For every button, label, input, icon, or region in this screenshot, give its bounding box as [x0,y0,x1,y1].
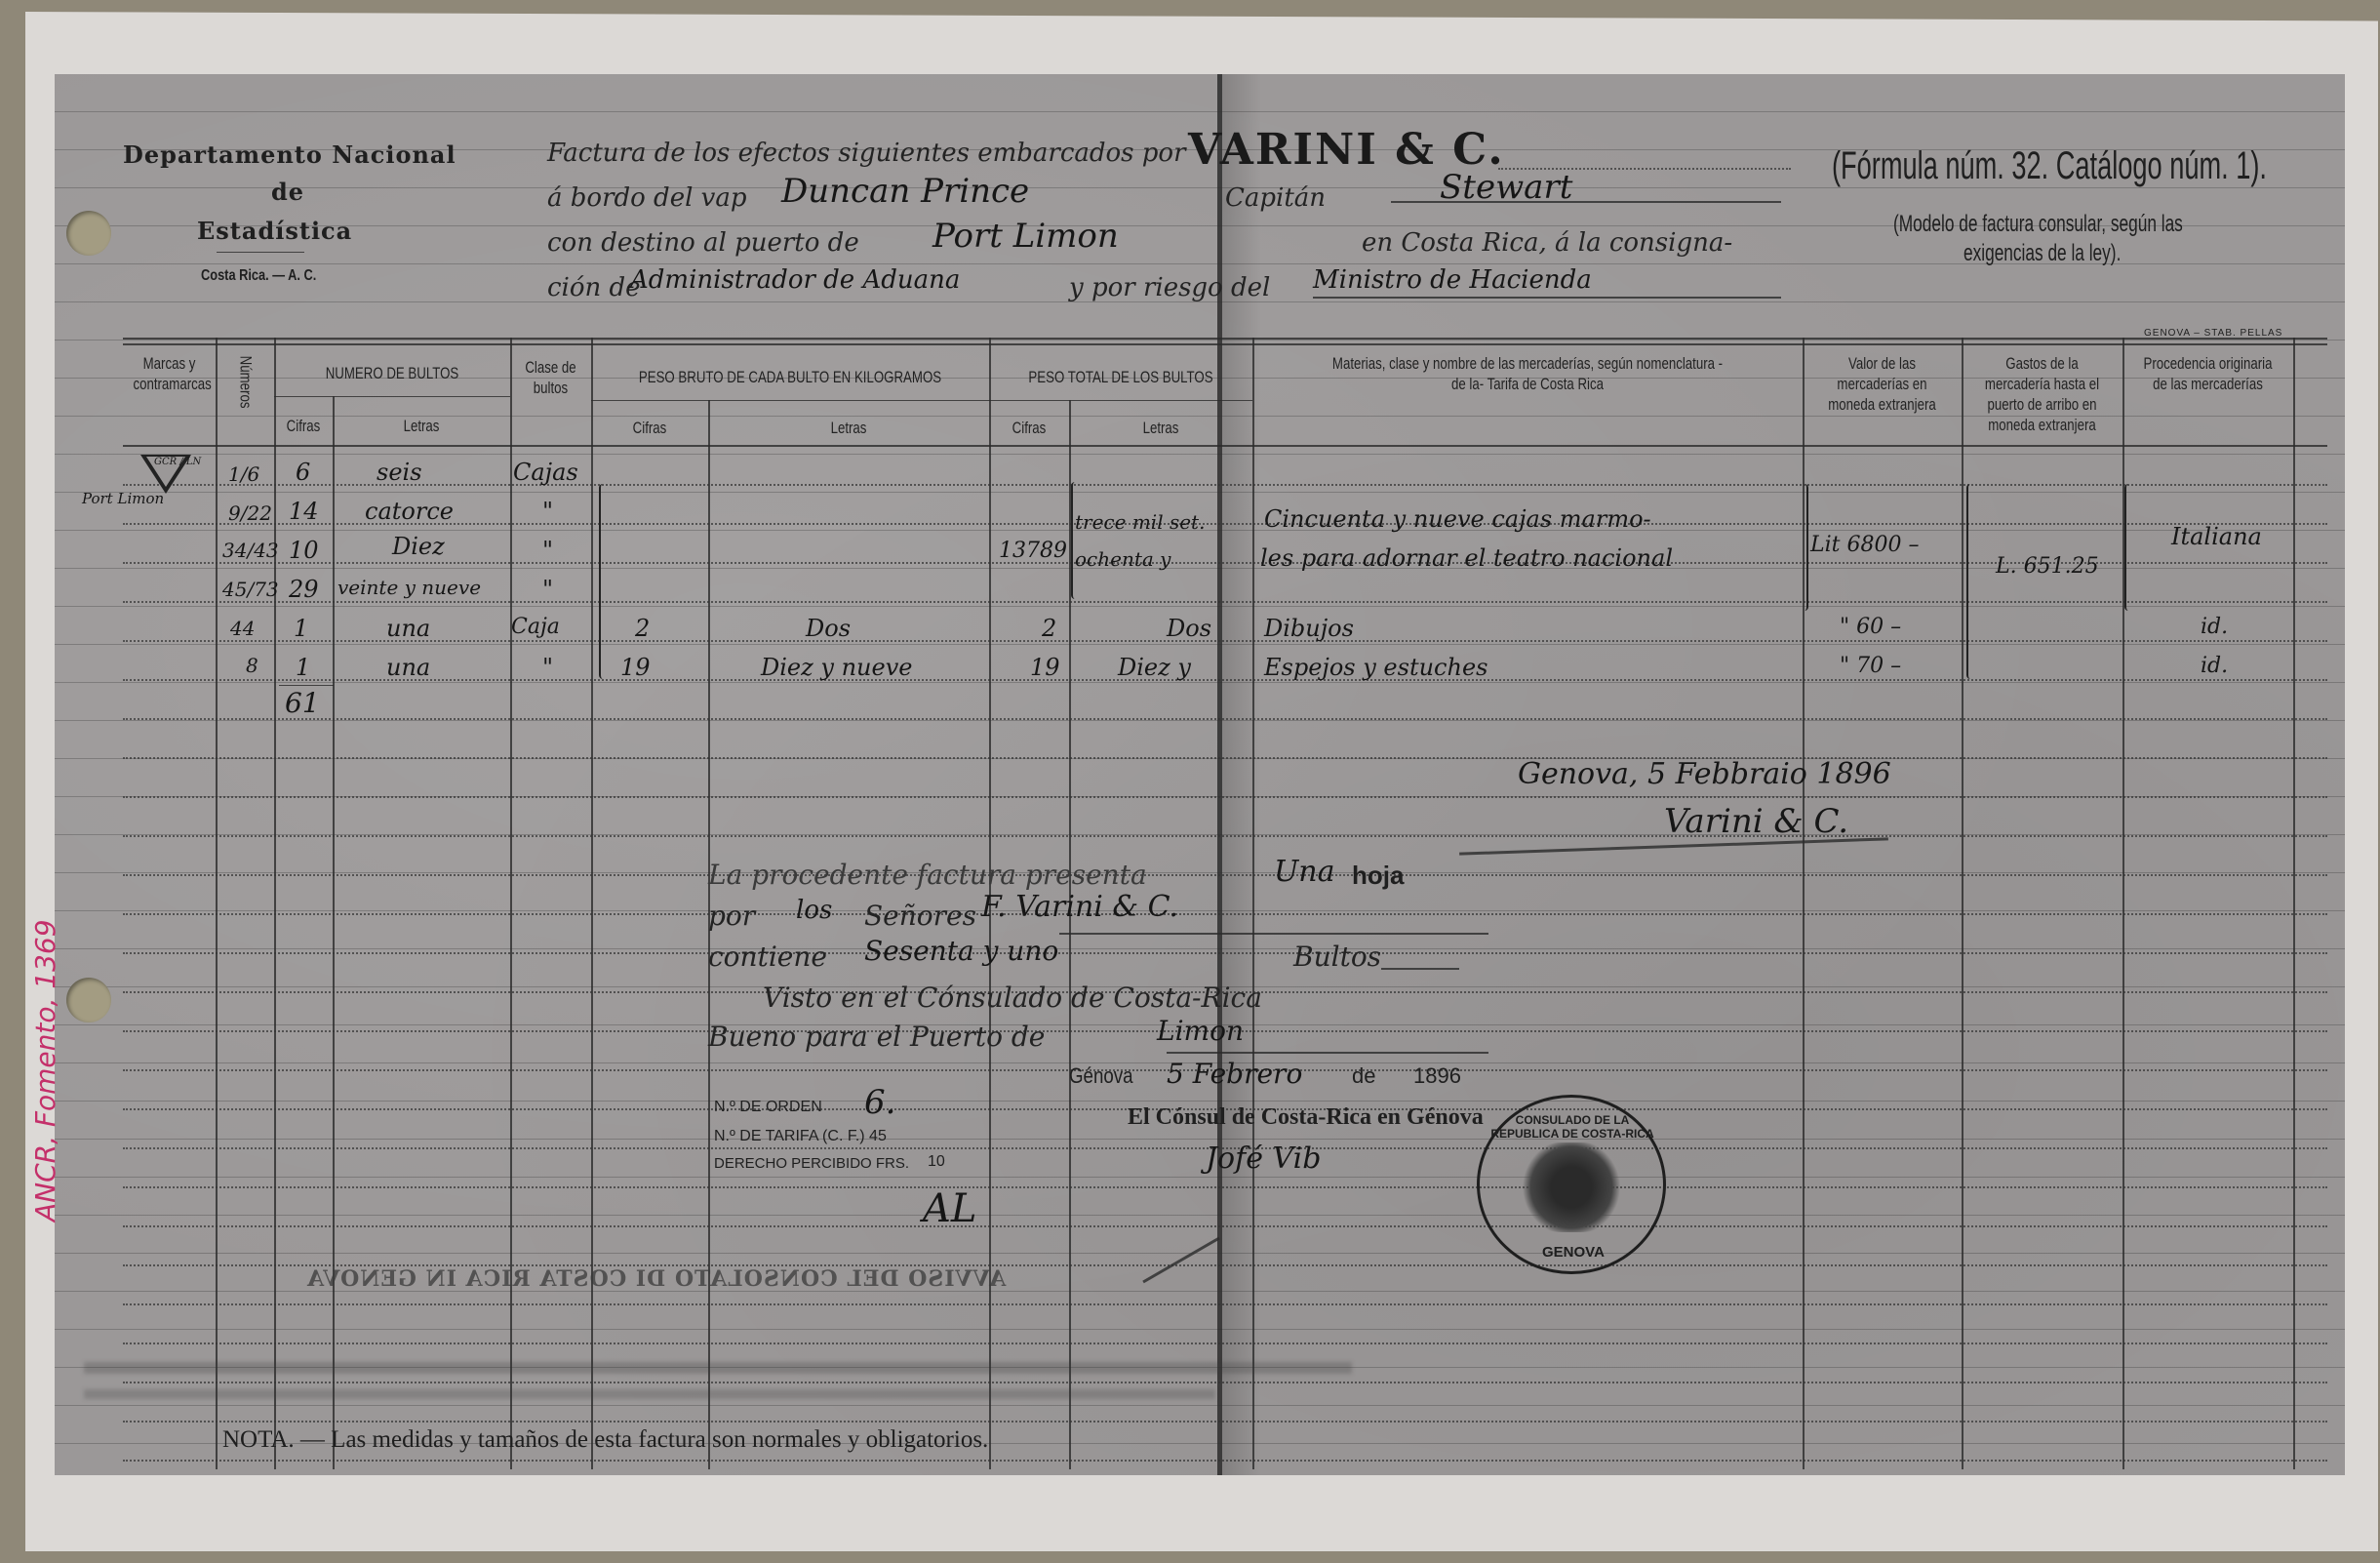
tarifa-label: N.º DE TARIFA (C. F.) 45 [714,1128,887,1145]
row5-letras: una [386,615,430,642]
intro-line1-label: Factura de los efectos siguientes embarc… [547,139,1186,168]
department-de: de [271,178,304,206]
consular-city: Génova [1069,1063,1133,1089]
row5-total-letras: Dos [1167,615,1211,642]
bleed-through [84,1362,1352,1374]
consular-year: 1896 [1413,1063,1461,1089]
consular-sheets-unit: hoja [1352,861,1404,891]
goods1-desc-line1: Cincuenta y nueve cajas marmo- [1264,505,1651,533]
header-materias: Materias, clase y nombre de las mercader… [1329,353,1725,394]
brace [599,484,607,679]
orden-label: N.º DE ORDEN [714,1099,822,1116]
row5-peso-cifras: 2 [635,615,650,642]
row6-letras: una [386,654,430,681]
row6-numeros: 8 [246,654,258,677]
intro-line4-mid: y por riesgo del [1069,273,1270,302]
col-line [2293,338,2295,1469]
captain-label: Capitán [1225,183,1326,213]
derecho-value: 10 [928,1153,945,1171]
row5-total-cifras: 2 [1042,615,1056,642]
fill-line [1391,201,1781,203]
consular-de: de [1352,1063,1375,1089]
bleed-through [84,1389,1215,1399]
intro-line3-label: con destino al puerto de [547,228,859,258]
header-letras-2: Letras [739,418,959,438]
row1-clase: Cajas [513,459,578,486]
header-marcas: Marcas y contramarcas [133,353,205,394]
consular-line2-por: por [708,900,755,932]
consul-flourish [1142,1237,1219,1284]
col-line [510,338,512,1469]
row6-cifras: 1 [296,654,310,681]
header-cifras-1: Cifras [281,416,327,436]
seal-ring-text: CONSULADO DE LA REPUBLICA DE COSTA-RICA [1489,1113,1655,1141]
fill-line [1167,1052,1488,1054]
goods1-desc-line2: les para adornar el teatro nacional [1260,544,1673,572]
header-numeros: Números [236,356,257,399]
goods3-desc: Espejos y estuches [1264,654,1487,681]
consular-sheets-value: Una [1274,855,1335,889]
row6-clase: " [542,654,553,681]
seal-bottom-text: GENOVA [1542,1244,1605,1261]
consular-date: 5 Febrero [1167,1058,1302,1090]
header-procedencia: Procedencia originaria de las mercadería… [2141,353,2275,394]
mirrored-stamp: AVVISO DEL CONSOLATO DI COSTA RICA IN GE… [306,1266,1006,1292]
fill-line [1381,968,1459,970]
goods1-gastos: L. 651.25 [1996,554,2099,579]
goods3-valor: " 70 – [1840,654,1901,678]
row4-letras: veinte y nueve [337,576,481,599]
col-line [274,338,276,1469]
header-cifras-2: Cifras [604,418,695,438]
row-line [123,718,2327,720]
header-letras-3: Letras [1090,418,1233,438]
consular-port-value: Limon [1157,1015,1244,1047]
row-line [123,1225,2327,1227]
col-line [1252,338,1254,1469]
header-peso-total: PESO TOTAL DE LOS BULTOS [1018,367,1224,387]
total-bultos: 61 [285,687,320,719]
row3-letras: Diez [392,533,445,560]
col-line [1962,338,1963,445]
row5-peso-letras: Dos [806,615,851,642]
row-line [123,1421,2327,1423]
row-line [123,1343,2327,1344]
row-line [123,952,2327,954]
total-rule [279,685,334,686]
footer-note: NOTA. — Las medidas y tamaños de esta fa… [222,1426,988,1454]
row1-letras: seis [377,459,422,486]
col-line [216,338,218,1469]
shipping-mark-port: Port Limon [82,490,164,507]
department-title: Departamento Nacional [123,140,456,169]
header-gastos: Gastos de la mercadería hasta el puerto … [1979,353,2105,435]
brace [1801,484,1808,611]
consular-line3-label: contiene [708,941,827,973]
row1-cifras: 6 [296,459,310,486]
row6-total-cifras: 19 [1030,654,1060,681]
row2-cifras: 14 [289,498,319,525]
row6-peso-cifras: 19 [620,654,651,681]
row-line [123,1303,2327,1305]
department-estadistica: Estadística [197,217,352,245]
goods2-valor: " 60 – [1840,615,1901,639]
department-country: Costa Rica. — A. C. [201,267,316,285]
brace [2124,484,2132,611]
photocopy-area: Departamento Nacional de Estadística Cos… [55,74,2345,1475]
consulate-seal: CONSULADO DE LA REPUBLICA DE COSTA-RICA … [1477,1095,1666,1274]
subheader-rule [591,400,1252,401]
col-line [591,338,593,1469]
row-line [123,835,2327,837]
consular-visto: Visto en el Cónsulado de Costa-Rica [763,982,1262,1014]
intro-line4-label: ción de [547,273,641,302]
fill-line [1059,933,1488,935]
shipping-mark-text: GCR / LN [154,457,201,467]
row3-cifras: 10 [289,537,319,564]
row1-numeros: 1/6 [228,462,259,486]
consular-bultos-count: Sesenta y uno [864,935,1058,967]
goods3-procedencia: id. [2201,654,2228,678]
row-line [123,601,2327,603]
shipper-signature: Varini & C. [1664,802,1848,841]
form-subtitle-2: exigencias de la ley). [1963,240,2121,267]
col-line [333,396,335,1469]
row-line [123,1382,2327,1383]
divider [217,252,304,253]
punch-hole-top [66,211,111,256]
intro-line2-label: á bordo del vap [547,183,747,213]
coat-of-arms-icon [1521,1142,1622,1232]
row-line [123,1186,2327,1188]
row5-clase: Caja [511,615,560,639]
row3-total-cifras: 13789 [999,539,1067,563]
row5-cifras: 1 [294,615,308,642]
row-line [123,796,2327,798]
goods1-valor: Lit 6800 – [1810,533,1919,557]
goods1-procedencia: Italiana [2171,523,2262,550]
paper-sheet: Departamento Nacional de Estadística Cos… [25,12,2378,1551]
row-line [123,484,2327,486]
row2-clase: " [542,498,553,525]
row2-letras: catorce [365,498,454,525]
row2-numeros: 9/22 [228,501,272,525]
row4-cifras: 29 [289,576,319,603]
row-line [123,640,2327,642]
header-peso-bruto: PESO BRUTO DE CADA BULTO EN KILOGRAMOS [635,367,945,387]
consular-line2-senores: Señores [864,900,976,932]
row6-total-letras: Diez y [1118,654,1191,681]
subheader-rule [274,396,510,397]
row4-clase: " [542,576,553,603]
fill-line [1313,297,1781,299]
col-line [1962,445,1963,1469]
row-line [123,913,2327,915]
consular-line2-los: los [796,896,832,925]
header-letras-1: Letras [352,416,491,436]
orden-value: 6. [864,1083,895,1122]
consular-bultos-label: Bultos [1293,941,1381,973]
row-line [123,1460,2327,1462]
row3-total-letras: trece mil set. ochenta y [1075,503,1241,578]
brace [1071,482,1079,599]
punch-hole-bottom [66,978,111,1022]
destination-port: Port Limon [932,217,1119,256]
place-date: Genova, 5 Febbraio 1896 [1518,757,1891,791]
header-cifras-3: Cifras [998,418,1060,438]
row4-numeros: 45/73 [222,578,279,601]
brace [1966,484,1974,679]
row-line [123,874,2327,876]
row-line [123,679,2327,681]
form-subtitle-1: (Modelo de factura consular, según las [1893,211,2183,238]
consul-title: El Cónsul de Costa-Rica en Génova [1128,1104,1484,1131]
table-header-bottom-rule [123,445,2327,447]
table-top-rule-2 [123,343,2327,345]
risk-party: Ministro de Hacienda [1313,265,1592,295]
initials: AL [923,1186,976,1231]
archive-annotation: ANCR, Fomento, 1369 [29,919,61,1222]
row-line [123,757,2327,759]
derecho-label: DERECHO PERCIBIDO FRS. [714,1155,909,1172]
goods2-desc: Dibujos [1264,615,1354,642]
header-clase: Clase de bultos [519,357,582,398]
consul-signature: Jofé Vib [1206,1142,1321,1176]
row3-numeros: 34/43 [222,539,279,562]
consular-line1-label: La procedente factura presenta [708,859,1147,891]
form-number: (Fórmula núm. 32. Catálogo núm. 1). [1832,144,2267,188]
vessel-name: Duncan Prince [781,172,1029,211]
goods2-procedencia: id. [2201,615,2228,639]
consular-shipper-name: F. Varini & C. [981,890,1178,924]
header-numero-bultos: NUMERO DE BULTOS [300,363,485,383]
col-line [708,400,710,1469]
intro-line3-tail: en Costa Rica, á la consigna- [1362,228,1732,258]
consular-bueno-label: Bueno para el Puerto de [708,1021,1045,1053]
table-top-rule [123,338,2327,340]
row3-clase: " [542,537,553,564]
row5-numeros: 44 [230,617,255,640]
consignee: Administrador de Aduana [630,265,960,295]
header-valor: Valor de las mercaderías en moneda extra… [1820,353,1944,415]
row6-peso-letras: Diez y nueve [761,654,912,681]
